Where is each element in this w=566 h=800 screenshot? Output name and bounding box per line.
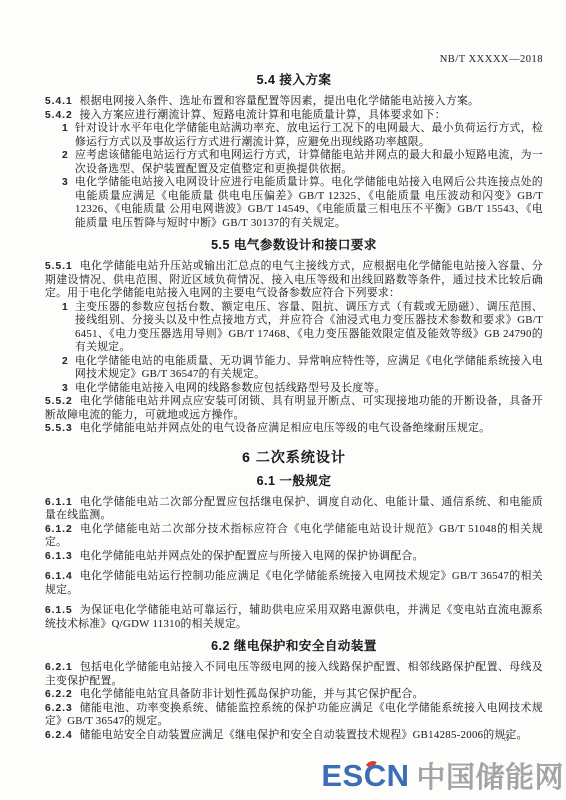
clause-number: 2 [62,355,75,382]
subsection-heading: 6.1 一般规定 [45,473,543,489]
clause-number: 6.1.2 [45,524,73,535]
document-page: NB/T XXXXX—2018 5.4 接入方案5.4.1根据电网接入条件、选址… [0,0,566,800]
clause-paragraph: 6.1.3电化学储能电站并网点处的保护配置应与所接入电网的保护协调配合。 [45,550,543,564]
clause-text: 电化学储能电站二次部分配置应包括继电保护、调度自动化、电能计量、通信系统、和电能… [45,496,543,522]
clause-number: 6.1.1 [45,497,73,508]
clause-text: 电化学储能电站并网点应安装可闭锁、具有明显开断点、可实现接地功能的开断设备，具备… [45,395,543,421]
clause-number: 3 [62,176,75,230]
clause-text: 包括电化学储能电站接入不同电压等级电网的接入线路保护配置、相邻线路保护配置、母线… [45,661,543,687]
clause-text: 接入方案应进行潮流计算、短路电流计算和电能质量计算，具体要求如下： [80,109,446,121]
clause-number: 6.2.3 [45,703,73,714]
subclause-item: 1主变压器的参数应包括台数、额定电压、容量、阻抗、调压方式（有载或无励磁）、调压… [45,301,543,355]
subclause-item: 3电化学储能电站接入电网的线路参数应包括线路型号及长度等。 [45,382,543,396]
escn-logo-text: ESCN [321,758,409,794]
standard-number: NB/T XXXXX—2018 [45,54,543,65]
clause-text: 针对设计水平年电化学储能电站满功率充、放电运行工况下的电网最大、最小负荷运行方式… [75,122,543,149]
subclause-item: 3电化学储能电站接入电网设计应进行电能质量计算。电化学储能电站接入电网后公共连接… [45,176,543,230]
clause-number: 6.2.1 [45,662,73,673]
clause-paragraph: 6.2.2电化学储能电站宜具备防非计划性孤岛保护功能，并与其它保护配合。 [45,688,543,702]
clause-text: 根据电网接入条件、选址布置和容量配置等因素，提出电化学储能电站接入方案。 [80,95,479,107]
clause-paragraph: 5.5.2电化学储能电站并网点应安装可闭锁、具有明显开断点、可实现接地功能的开断… [45,395,543,422]
subsection-heading: 6.2 继电保护和安全自动装置 [45,638,543,654]
clause-number: 1 [62,301,75,355]
clause-number: 5.5.3 [45,423,73,434]
clause-number: 6.1.4 [45,571,73,582]
clause-number: 6.1.5 [45,605,73,616]
subclause-item: 2应考虑该储能电站运行方式和电网运行方式，计算储能电站并网点的最大和最小短路电流… [45,149,543,176]
escn-watermark-logo: ESCN 中国储能网 [321,755,564,796]
clause-paragraph: 6.1.4电化学储能电站运行控制功能应满足《电化学储能系统接入电网技术规定》GB… [45,570,543,597]
clause-text: 电化学储能电站接入电网的线路参数应包括线路型号及长度等。 [75,382,543,396]
clause-paragraph: 6.1.2电化学储能电站二次部分技术指标应符合《电化学储能电站设计规范》GB/T… [45,523,543,550]
clause-paragraph: 5.5.3电化学储能电站并网点处的电气设备应满足相应电压等级的电气设备绝缘耐压规… [45,422,543,436]
clause-number: 5.5.1 [45,261,73,272]
escn-c-glyph: C [364,758,387,793]
escn-letters-es: ES [321,758,363,794]
clause-text: 电化学储能电站接入电网设计应进行电能质量计算。电化学储能电站接入电网后公共连接点… [75,176,543,230]
escn-letter-c: C [364,758,387,794]
document-content: NB/T XXXXX—2018 5.4 接入方案5.4.1根据电网接入条件、选址… [45,54,543,742]
clause-paragraph: 5.5.1电化学储能电站升压站或输出汇总点的电气主接线方式，应根据电化学储能电站… [45,260,543,301]
logo-chinese-name: 中国储能网 [416,755,564,796]
clause-paragraph: 6.2.4储能电站安全自动装置应满足《继电保护和安全自动装置技术规程》GB142… [45,729,543,743]
clause-text: 电化学储能电站二次部分技术指标应符合《电化学储能电站设计规范》GB/T 5104… [45,523,543,549]
clause-text: 电化学储能电站并网点处的保护配置应与所接入电网的保护协调配合。 [80,550,424,562]
section-heading: 6 二次系统设计 [45,448,543,466]
clause-number: 3 [62,382,75,396]
clause-text: 电化学储能电站运行控制功能应满足《电化学储能系统接入电网技术规定》GB/T 36… [45,570,543,596]
subclause-item: 2电化学储能电站的电能质量、无功调节能力、异常响应特性等，应满足《电化学储能系统… [45,355,543,382]
clause-number: 5.4.1 [45,96,73,107]
clause-text: 电化学储能电站并网点处的电气设备应满足相应电压等级的电气设备绝缘耐压规定。 [80,422,491,434]
clause-number: 5.4.2 [45,110,73,121]
clause-text: 储能电池、功率变换系统、储能监控系统的保护功能应满足《电化学储能系统接入电网技术… [45,702,543,728]
clause-text: 电化学储能电站宜具备防非计划性孤岛保护功能，并与其它保护配合。 [80,688,424,700]
escn-letter-n: N [387,758,410,794]
clause-paragraph: 6.2.1包括电化学储能电站接入不同电压等级电网的接入线路保护配置、相邻线路保护… [45,661,543,688]
document-body: 5.4 接入方案5.4.1根据电网接入条件、选址布置和容量配置等因素，提出电化学… [45,72,543,742]
clause-paragraph: 6.1.5为保证电化学储能电站可靠运行，辅助供电应采用双路电源供电，并满足《变电… [45,604,543,631]
clause-paragraph: 5.4.1根据电网接入条件、选址布置和容量配置等因素，提出电化学储能电站接入方案… [45,95,543,109]
clause-text: 为保证电化学储能电站可靠运行，辅助供电应采用双路电源供电，并满足《变电站直流电源… [45,604,543,630]
clause-text: 主变压器的参数应包括台数、额定电压、容量、阻抗、调压方式（有载或无励磁）、调压范… [75,301,543,355]
clause-number: 5.5.2 [45,396,73,407]
clause-number: 6.1.3 [45,551,73,562]
page-number: 3 [504,733,509,744]
clause-paragraph: 6.2.3储能电池、功率变换系统、储能监控系统的保护功能应满足《电化学储能系统接… [45,702,543,729]
subclause-item: 1针对设计水平年电化学储能电站满功率充、放电运行工况下的电网最大、最小负荷运行方… [45,122,543,149]
clause-text: 储能电站安全自动装置应满足《继电保护和安全自动装置技术规程》GB14285-20… [80,729,528,741]
clause-number: 1 [62,122,75,149]
clause-paragraph: 6.1.1电化学储能电站二次部分配置应包括继电保护、调度自动化、电能计量、通信系… [45,496,543,523]
clause-number: 6.2.4 [45,730,73,741]
clause-text: 应考虑该储能电站运行方式和电网运行方式，计算储能电站并网点的最大和最小短路电流，… [75,149,543,176]
clause-number: 2 [62,149,75,176]
clause-text: 电化学储能电站升压站或输出汇总点的电气主接线方式，应根据电化学储能电站接入容量、… [45,260,543,299]
clause-number: 6.2.2 [45,689,73,700]
subsection-heading: 5.4 接入方案 [45,72,543,88]
clause-paragraph: 5.4.2接入方案应进行潮流计算、短路电流计算和电能质量计算，具体要求如下： [45,109,543,123]
clause-text: 电化学储能电站的电能质量、无功调节能力、异常响应特性等，应满足《电化学储能系统接… [75,355,543,382]
subsection-heading: 5.5 电气参数设计和接口要求 [45,237,543,253]
